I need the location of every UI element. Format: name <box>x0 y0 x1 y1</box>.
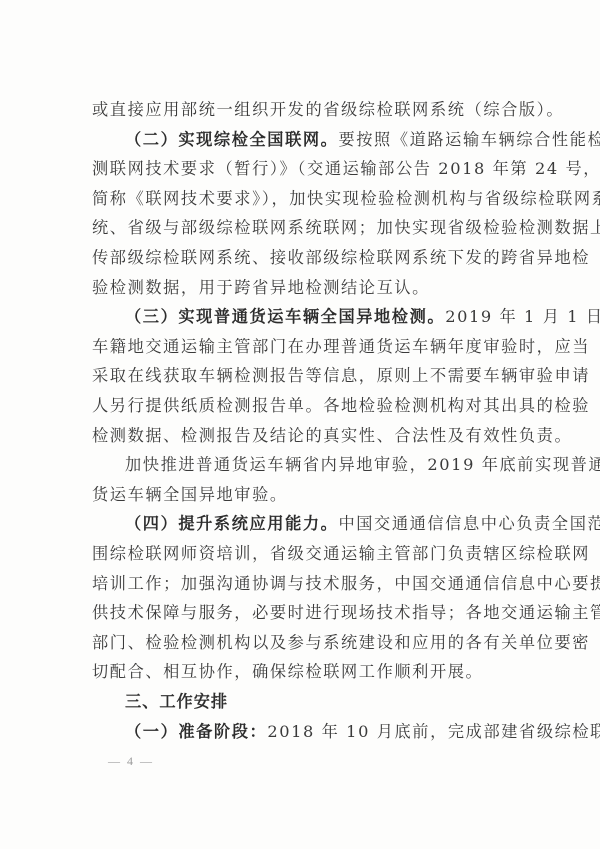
line-text: 供技术保障与服务，必要时进行现场技术指导；各地交通运输主管 <box>92 603 600 622</box>
line-text: 检测数据、检测报告及结论的真实性、合法性及有效性负责。 <box>92 426 572 445</box>
text-line: 切配合、相互协作，确保综检联网工作顺利开展。 <box>92 660 532 684</box>
text-line: 传部级综检联网系统、接收部级综检联网系统下发的跨省异地检 <box>92 246 532 270</box>
paragraph-lead: （四）提升系统应用能力。 <box>125 514 338 533</box>
text-line: 统、省级与部级综检联网系统联网；加快实现省级检验检测数据上 <box>92 216 532 240</box>
line-text: 2019 年 1 月 1 日起， <box>445 307 600 326</box>
page-number: — 4 — <box>103 754 159 769</box>
line-text: 或直接应用部统一组织开发的省级综检联网系统（综合版）。 <box>92 100 564 119</box>
text-line: 供技术保障与服务，必要时进行现场技术指导；各地交通运输主管 <box>92 601 532 625</box>
paragraph-lead: （三）实现普通货运车辆全国异地检测。 <box>125 307 445 326</box>
line-text: 切配合、相互协作，确保综检联网工作顺利开展。 <box>92 662 483 681</box>
paragraph-lead: （二）实现综检全国联网。 <box>125 130 338 149</box>
text-line: 验检测数据，用于跨省异地检测结论互认。 <box>92 276 532 300</box>
line-text: 验检测数据，用于跨省异地检测结论互认。 <box>92 278 430 297</box>
text-line: （一）准备阶段：2018 年 10 月底前，完成部建省级综检联网系 <box>125 720 532 744</box>
line-text: 要按照《道路运输车辆综合性能检 <box>338 130 600 149</box>
line-text: 传部级综检联网系统、接收部级综检联网系统下发的跨省异地检 <box>92 248 590 267</box>
text-line: （三）实现普通货运车辆全国异地检测。2019 年 1 月 1 日起， <box>125 305 532 329</box>
line-text: 统、省级与部级综检联网系统联网；加快实现省级检验检测数据上 <box>92 218 600 237</box>
line-text: 三、工作安排 <box>125 692 228 711</box>
text-line: 或直接应用部统一组织开发的省级综检联网系统（综合版）。 <box>92 98 532 122</box>
text-line: 培训工作；加强沟通协调与技术服务，中国交通通信信息中心要提 <box>92 572 532 596</box>
line-text: 采取在线获取车辆检测报告等信息，原则上不需要车辆审验申请 <box>92 366 590 385</box>
line-text: 中国交通通信信息中心负责全国范 <box>338 514 600 533</box>
document-page: 或直接应用部统一组织开发的省级综检联网系统（综合版）。（二）实现综检全国联网。要… <box>0 0 600 849</box>
text-line: 测联网技术要求（暂行）》（交通运输部公告 2018 年第 24 号，以下 <box>92 157 532 181</box>
text-line: （二）实现综检全国联网。要按照《道路运输车辆综合性能检 <box>125 128 532 152</box>
line-text: 货运车辆全国异地审验。 <box>92 485 288 504</box>
line-text: 培训工作；加强沟通协调与技术服务，中国交通通信信息中心要提 <box>92 574 600 593</box>
paragraph-lead: （一）准备阶段： <box>125 722 267 741</box>
text-line: 检测数据、检测报告及结论的真实性、合法性及有效性负责。 <box>92 424 532 448</box>
line-text: 加快推进普通货运车辆省内异地审验，2019 年底前实现普通 <box>125 455 600 474</box>
text-line: 货运车辆全国异地审验。 <box>92 483 532 507</box>
line-text: 2018 年 10 月底前，完成部建省级综检联网系 <box>267 722 600 741</box>
text-line: 车籍地交通运输主管部门在办理普通货运车辆年度审验时，应当 <box>92 335 532 359</box>
text-line: 部门、检验检测机构以及参与系统建设和应用的各有关单位要密 <box>92 631 532 655</box>
text-line: （四）提升系统应用能力。中国交通通信信息中心负责全国范 <box>125 512 532 536</box>
text-line: 围综检联网师资培训，省级交通运输主管部门负责辖区综检联网 <box>92 542 532 566</box>
line-text: 部门、检验检测机构以及参与系统建设和应用的各有关单位要密 <box>92 633 590 652</box>
line-text: 围综检联网师资培训，省级交通运输主管部门负责辖区综检联网 <box>92 544 590 563</box>
text-line: 采取在线获取车辆检测报告等信息，原则上不需要车辆审验申请 <box>92 364 532 388</box>
text-line: 加快推进普通货运车辆省内异地审验，2019 年底前实现普通 <box>125 453 532 477</box>
section-heading: 三、工作安排 <box>125 690 532 714</box>
line-text: 车籍地交通运输主管部门在办理普通货运车辆年度审验时，应当 <box>92 337 590 356</box>
line-text: 测联网技术要求（暂行）》（交通运输部公告 2018 年第 24 号，以下 <box>92 159 600 178</box>
text-line: 简称《联网技术要求》），加快实现检验检测机构与省级综检联网系 <box>92 187 532 211</box>
text-line: 人另行提供纸质检测报告单。各地检验检测机构对其出具的检验 <box>92 394 532 418</box>
line-text: 人另行提供纸质检测报告单。各地检验检测机构对其出具的检验 <box>92 396 590 415</box>
line-text: 简称《联网技术要求》），加快实现检验检测机构与省级综检联网系 <box>92 189 600 208</box>
